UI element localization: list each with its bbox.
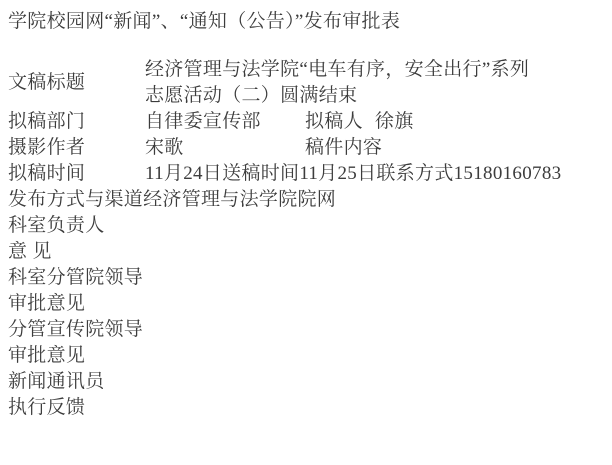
approval-row-section-head-2: 科室分管院领导 [8, 265, 604, 291]
doc-title-value: 经济管理与法学院“电车有序，安全出行”系列 志愿活动（二）圆满结束 [145, 57, 529, 109]
approval-row-section-head-1: 科室负责人 [8, 213, 604, 239]
approval-row-correspondent: 新闻通讯员 [8, 369, 604, 395]
submit-time-value: 11月25日 [299, 163, 376, 184]
channel-label: 发布方式与渠道 [8, 189, 143, 210]
approval-row-opinion-label: 意 见 [8, 239, 604, 265]
approval-row-opinion-2: 审批意见 [8, 343, 604, 369]
channel-value: 经济管理与法学院院网 [143, 189, 336, 210]
draft-time-label: 拟稿时间 [8, 161, 145, 187]
field-row-channel: 发布方式与渠道经济管理与法学院院网 [8, 187, 604, 213]
draft-time-value: 11月24日 [145, 163, 222, 184]
doc-title-value-line1: 经济管理与法学院“电车有序，安全出行”系列 [145, 57, 529, 83]
field-row-photographer: 摄影作者 宋歌 稿件内容 [8, 135, 604, 161]
drafter-label: 拟稿人 [305, 111, 363, 132]
photographer-label: 摄影作者 [8, 135, 145, 161]
approval-row-section-head-3: 分管宣传院领导 [8, 317, 604, 343]
field-row-dept: 拟稿部门 自律委宣传部 拟稿人徐旗 [8, 109, 604, 135]
approval-row-opinion-1: 审批意见 [8, 291, 604, 317]
doc-title-value-line2: 志愿活动（二）圆满结束 [145, 83, 529, 109]
approval-row-feedback: 执行反馈 [8, 395, 604, 421]
drafter-value: 徐旗 [375, 111, 414, 132]
dept-label: 拟稿部门 [8, 109, 145, 135]
field-row-doc-title: 文稿标题 经济管理与法学院“电车有序，安全出行”系列 志愿活动（二）圆满结束 [8, 57, 604, 109]
photographer-value: 宋歌 [145, 135, 305, 161]
approval-form-document: 学院校园网“新闻”、“通知（公告）”发布审批表 文稿标题 经济管理与法学院“电车… [0, 0, 612, 465]
field-row-times: 拟稿时间 11月24日送稿时间11月25日联系方式15180160783 [8, 161, 604, 187]
contact-label: 联系方式 [376, 163, 453, 184]
page-title: 学院校园网“新闻”、“通知（公告）”发布审批表 [8, 9, 604, 35]
doc-title-label: 文稿标题 [8, 70, 145, 96]
drafter-group: 拟稿人徐旗 [305, 109, 414, 135]
manuscript-content-label: 稿件内容 [305, 137, 382, 158]
submit-time-label: 送稿时间 [222, 163, 299, 184]
manuscript-content-group: 稿件内容 [305, 135, 382, 161]
times-value-flow: 11月24日送稿时间11月25日联系方式15180160783 [145, 161, 561, 187]
contact-value: 15180160783 [454, 163, 562, 184]
dept-value: 自律委宣传部 [145, 109, 305, 135]
